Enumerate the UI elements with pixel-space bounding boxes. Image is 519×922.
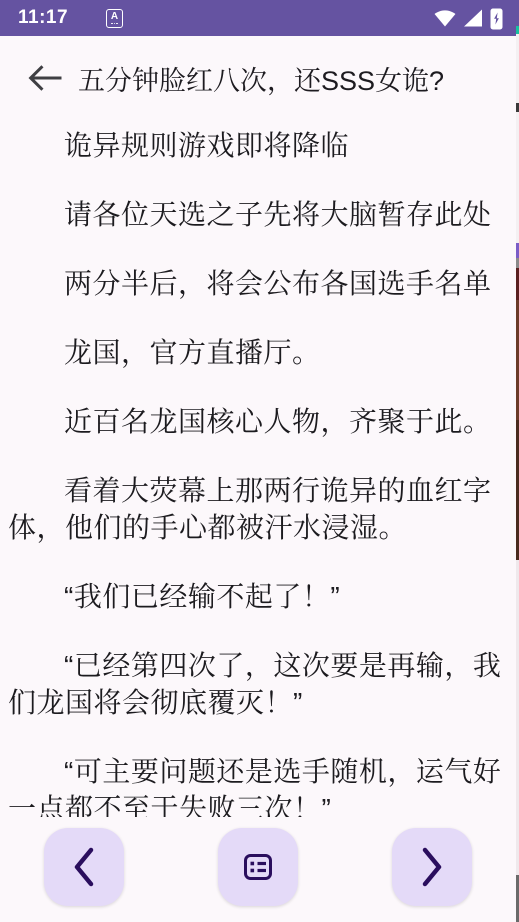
chapter-header: 五分钟脸红八次，还SSS女诡? [0,56,516,100]
paragraph: “已经第四次了，这次要是再输，我们龙国将会彻底覆灭！” [8,647,508,721]
paragraph: 近百名龙国核心人物，齐聚于此。 [8,403,508,440]
chevron-right-icon [419,846,445,888]
paragraph: 看着大荧幕上那两行诡异的血红字体，他们的手心都被汗水浸湿。 [8,472,508,546]
paragraph: “我们已经输不起了！” [8,578,508,615]
chevron-left-icon [71,846,97,888]
previous-chapter-button[interactable] [44,828,124,906]
paragraph: 两分半后，将会公布各国选手名单 [8,265,508,302]
bottom-nav [0,828,516,906]
cellular-signal-icon [463,9,483,27]
arrow-left-icon [27,64,63,92]
page-title: 五分钟脸红八次，还SSS女诡? [78,59,444,98]
clock: 11:17 [18,7,68,29]
next-chapter-button[interactable] [392,828,472,906]
paragraph: “可主要问题还是选手随机，运气好一点都不至于失败三次！” [8,753,508,817]
list-icon [238,847,278,887]
back-button[interactable] [26,61,64,95]
paragraph: 诡异规则游戏即将降临 [8,127,508,164]
paragraph: 请各位天选之子先将大脑暂存此处 [8,196,508,233]
reader-content[interactable]: 诡异规则游戏即将降临 请各位天选之子先将大脑暂存此处 两分半后，将会公布各国选手… [0,127,516,817]
wifi-icon [434,9,456,27]
status-icons [434,7,503,30]
battery-charging-icon [490,7,503,30]
table-of-contents-button[interactable] [218,828,298,906]
status-bar: 11:17 A [0,0,519,36]
paragraph: 龙国，官方直播厅。 [8,334,508,371]
reader-app-notification-icon: A [106,9,123,28]
